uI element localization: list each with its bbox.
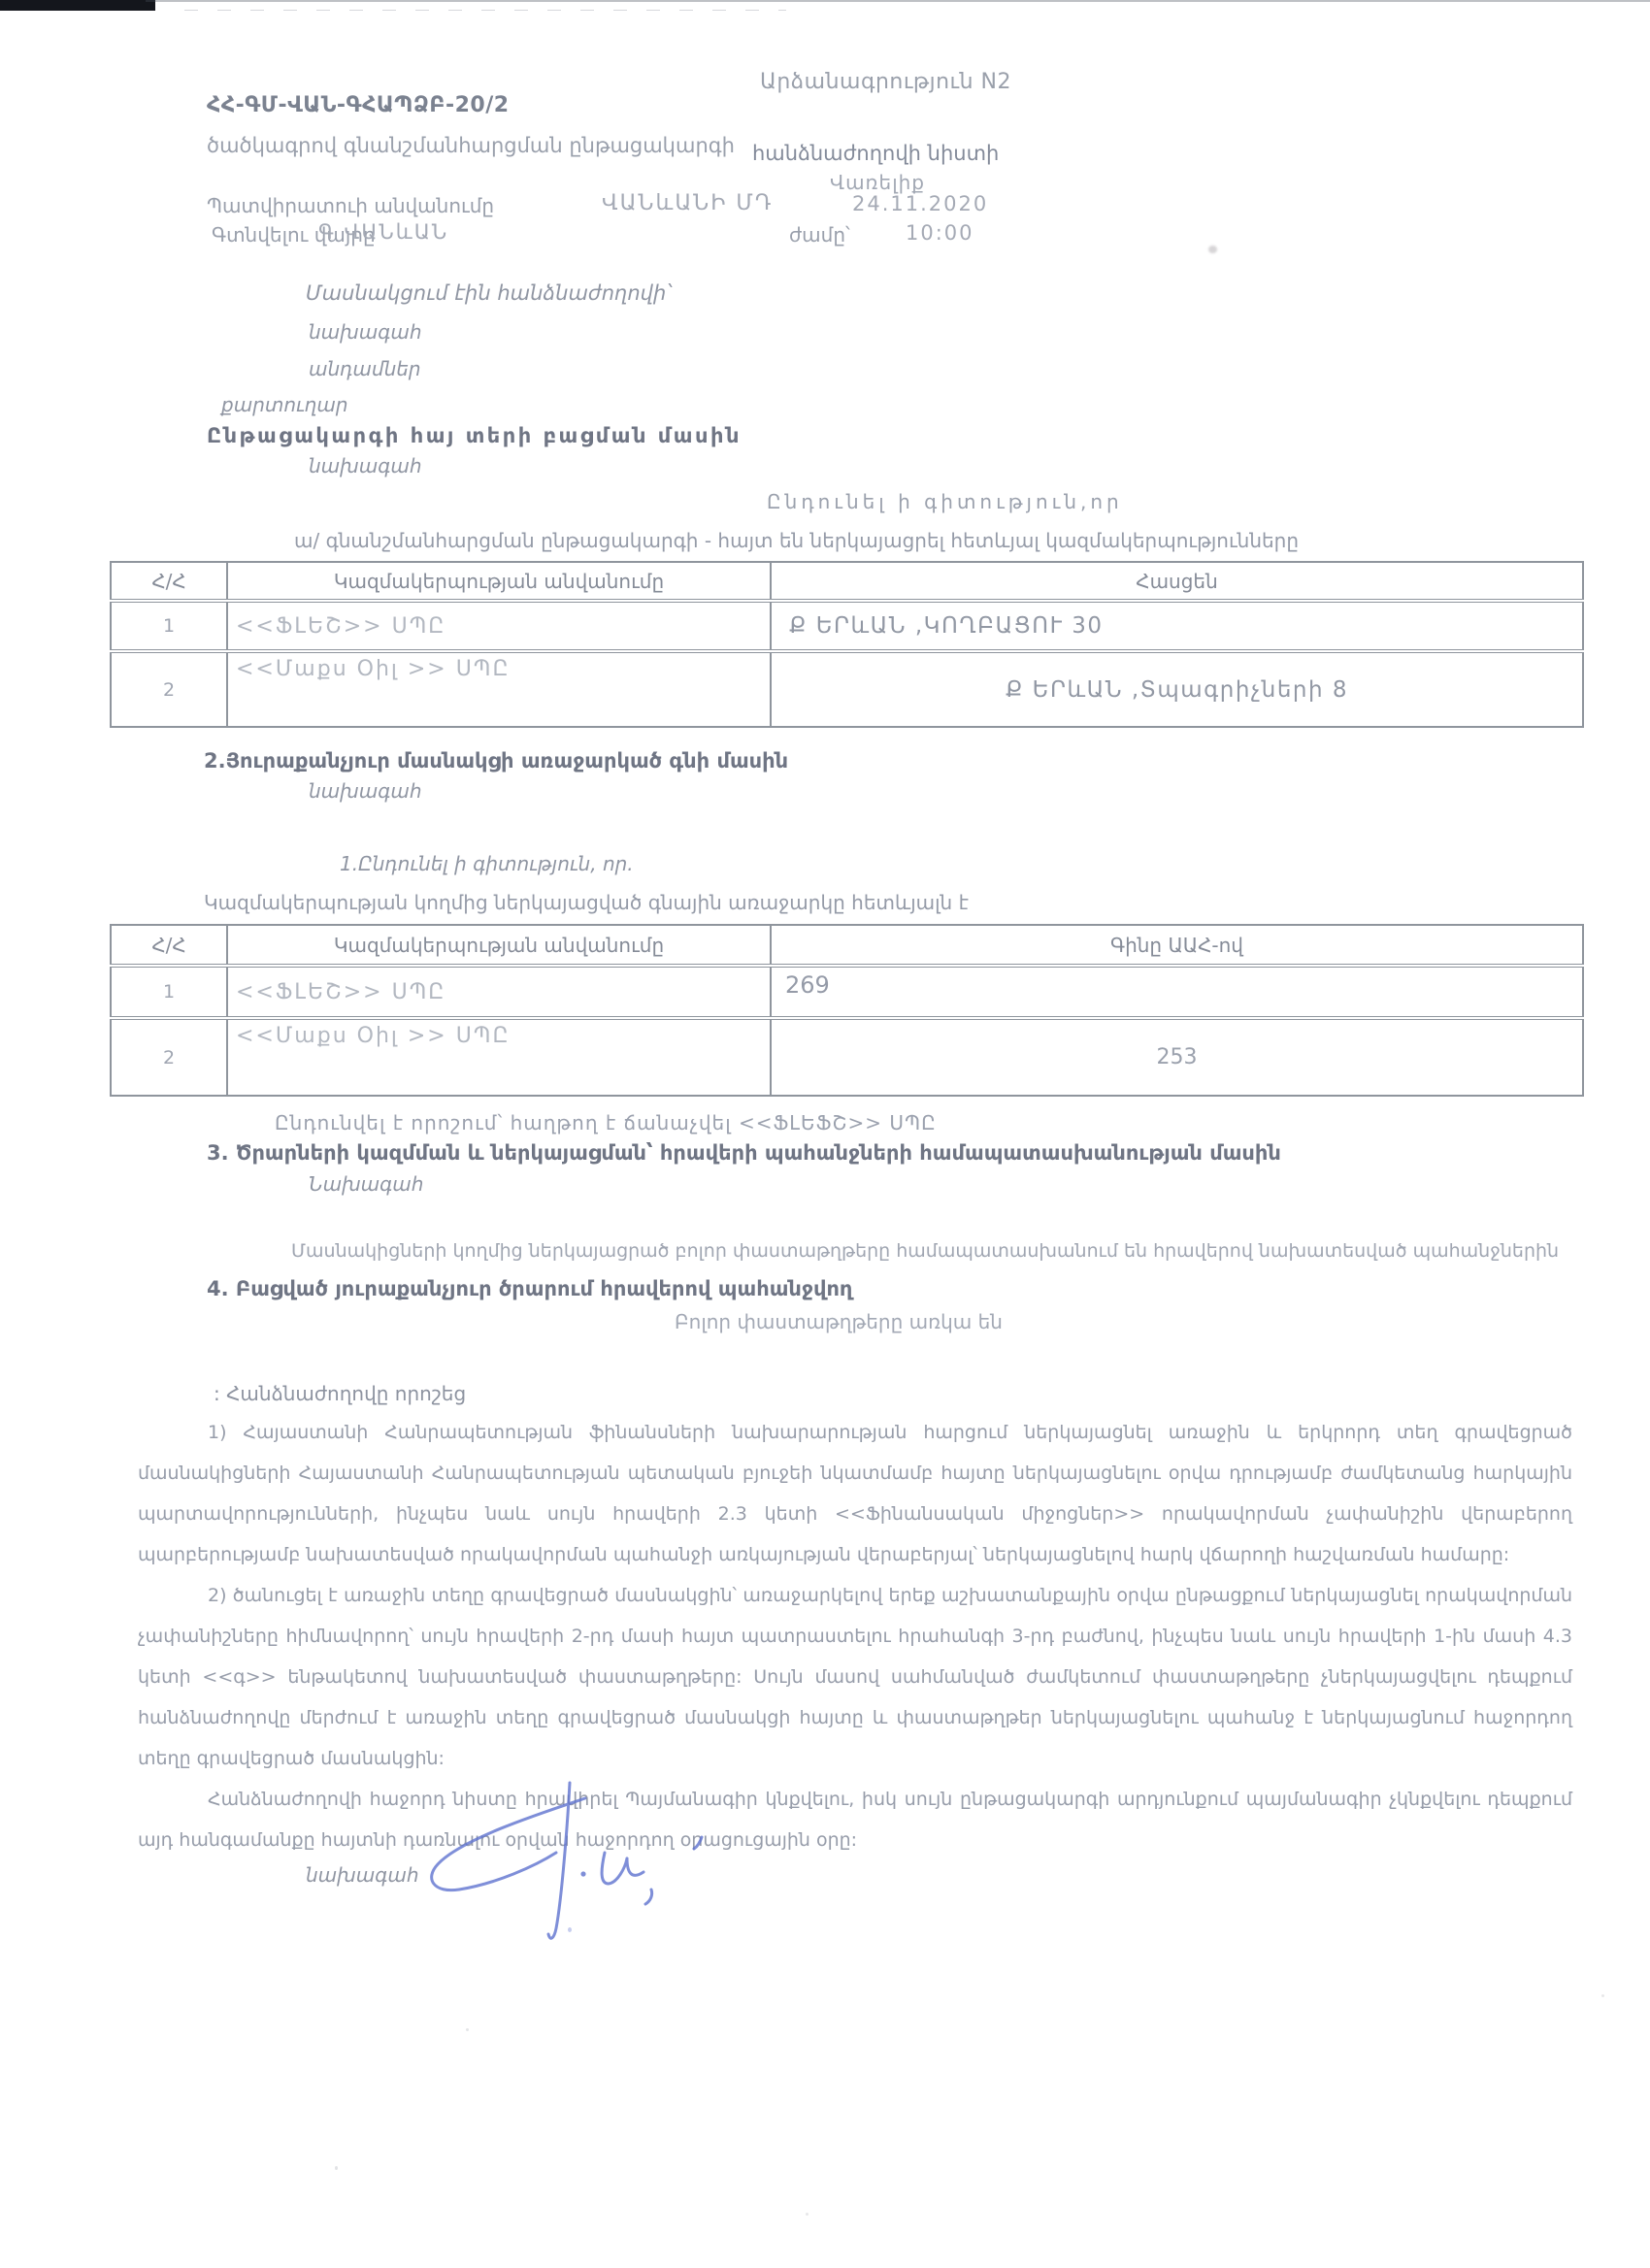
section2-note: Կազմակերպության կողմից ներկայացված գնայի…: [204, 891, 969, 914]
table-row: 1 <<ՖԼԵՇ>> ՍՊԸ 269: [111, 966, 1583, 1018]
org-name: <<Մաքս Օիլ >> ՍՊԸ: [227, 651, 771, 727]
section1-note: ա/ գնանշմանհարցման ընթացակարգի - հայտ են…: [294, 529, 1299, 552]
handwritten-signature: [345, 1781, 713, 1965]
protocol-title: Արձանագրություն N2: [760, 70, 1011, 94]
col-header-org-name: Կազմակերպության անվանումը: [227, 562, 771, 601]
row-no: 1: [111, 966, 227, 1018]
section2-title: 2.Յուրաքանչյուր մասնակցի առաջարկած գնի մ…: [204, 749, 788, 772]
table-row: 1 <<ՖԼԵՇ>> ՍՊԸ Ք ԵՐևԱՆ ,ԿՈՂԲԱՑՈՒ 30: [111, 601, 1583, 651]
org-name: <<ՖԼԵՇ>> ՍՊԸ: [227, 601, 771, 651]
section4-note: Բոլոր փաստաթղթերը առկա են: [675, 1310, 1003, 1333]
org-address: Ք ԵՐևԱՆ ,Տպագրիչների 8: [771, 651, 1583, 727]
table-row: 2 <<Մաքս Օիլ >> ՍՊԸ 253: [111, 1018, 1583, 1096]
org-price: 269: [771, 966, 1583, 1018]
procedure-code-caption: ծածկագրով գնանշմանհարցման ընթացակարգի: [207, 134, 735, 157]
secretary-label: քարտուղար: [221, 393, 348, 416]
col-header-address: Հասցեն: [771, 562, 1583, 601]
resolution-paragraph-1: 1) Հայաստանի Հանրապետության ֆինանսների ն…: [138, 1412, 1572, 1575]
table-row: 2 <<Մաքս Օիլ >> ՍՊԸ Ք ԵՐևԱՆ ,Տպագրիչների…: [111, 651, 1583, 727]
scan-speck: [335, 2166, 338, 2170]
row-no: 2: [111, 651, 227, 727]
org-address: Ք ԵՐևԱՆ ,ԿՈՂԲԱՑՈՒ 30: [771, 601, 1583, 651]
scan-speck: [568, 1927, 572, 1932]
decision-line: Ընդունվել է որոշում՝ հաղթող է ճանաչվել <…: [275, 1111, 937, 1134]
scan-artifact-top-dashes: [184, 10, 786, 11]
section1-resolution-intro: Ընդունել ի գիտություն,որ: [767, 490, 1123, 513]
scanned-document-page: Արձանագրություն N2 ՀՀ-ԳՄ-ՎԱՆ-ԳՀԱՊՁԲ-20/2…: [0, 0, 1650, 2268]
scan-speck: [466, 2028, 469, 2031]
bidders-table-header-row: Հ/Հ Կազմակերպության անվանումը Հասցեն: [111, 562, 1583, 601]
prices-table: Հ/Հ Կազմակերպության անվանումը Գինը ԱԱՀ-ո…: [110, 924, 1584, 1097]
scan-artifact-top-bar: [0, 0, 155, 11]
procurement-subject: Վառելիք: [830, 171, 925, 194]
section3-title: 3. Ծրարների կազմման և ներկայացման՝ հրավե…: [207, 1141, 1281, 1165]
scan-speck: [1208, 246, 1217, 253]
org-name: <<Մաքս Օիլ >> ՍՊԸ: [227, 1018, 771, 1096]
prices-table-header-row: Հ/Հ Կազմակերպության անվանումը Գինը ԱԱՀ-ո…: [111, 925, 1583, 966]
bidders-table: Հ/Հ Կազմակերպության անվանումը Հասցեն 1 <…: [110, 561, 1584, 728]
org-price: 253: [771, 1018, 1583, 1096]
chairman-label-4: Նախագահ: [309, 1172, 423, 1196]
customer-label: Պատվիրատուի անվանումը: [207, 194, 494, 217]
resolutions-intro: : Հանձնաժողովը որոշեց: [214, 1382, 466, 1405]
scan-artifact-top-line: [146, 0, 1650, 2]
section1-title: Ընթացակարգի հայ տերի բացման մասին: [207, 424, 742, 447]
chairman-label-3: նախագահ: [309, 779, 422, 803]
col-header-no: Հ/Հ: [111, 925, 227, 966]
time-value: 10:00: [906, 221, 974, 245]
time-label: ժամը՝: [789, 223, 850, 247]
col-header-no: Հ/Հ: [111, 562, 227, 601]
members-label: անդամներ: [309, 357, 421, 380]
chairman-label-2: նախագահ: [309, 454, 422, 477]
chairman-label-1: նախագահ: [309, 320, 422, 344]
commission-session-label: հանձնաժողովի նիստի: [752, 142, 999, 165]
scan-speck: [806, 2213, 808, 2216]
scan-speck: [1601, 1994, 1604, 1997]
resolution-paragraph-2: 2) ծանուցել է առաջին տեղը գրավեցրած մասն…: [138, 1575, 1572, 1779]
col-header-org-name: Կազմակերպության անվանումը: [227, 925, 771, 966]
section2-resolution-intro: 1.Ընդունել ի գիտություն, որ.: [340, 852, 634, 875]
section4-title: 4. Բացված յուրաքանչյուր ծրարում հրավերով…: [207, 1277, 852, 1300]
customer-value: ՎԱՆևԱՆԻ ՄԴ: [602, 191, 773, 215]
org-name: <<ՖԼԵՇ>> ՍՊԸ: [227, 966, 771, 1018]
participants-intro: Մասնակցում էին հանձնաժողովի՝: [306, 281, 671, 305]
location-value: Գ ՎԱՆևԱՆ: [318, 220, 448, 244]
section3-note: Մասնակիցների կողմից ներկայացրած բոլոր փա…: [291, 1240, 1559, 1262]
row-no: 1: [111, 601, 227, 651]
col-header-price: Գինը ԱԱՀ-ով: [771, 925, 1583, 966]
procedure-code: ՀՀ-ԳՄ-ՎԱՆ-ԳՀԱՊՁԲ-20/2: [207, 93, 510, 117]
row-no: 2: [111, 1018, 227, 1096]
session-date: 24.11.2020: [852, 192, 988, 215]
